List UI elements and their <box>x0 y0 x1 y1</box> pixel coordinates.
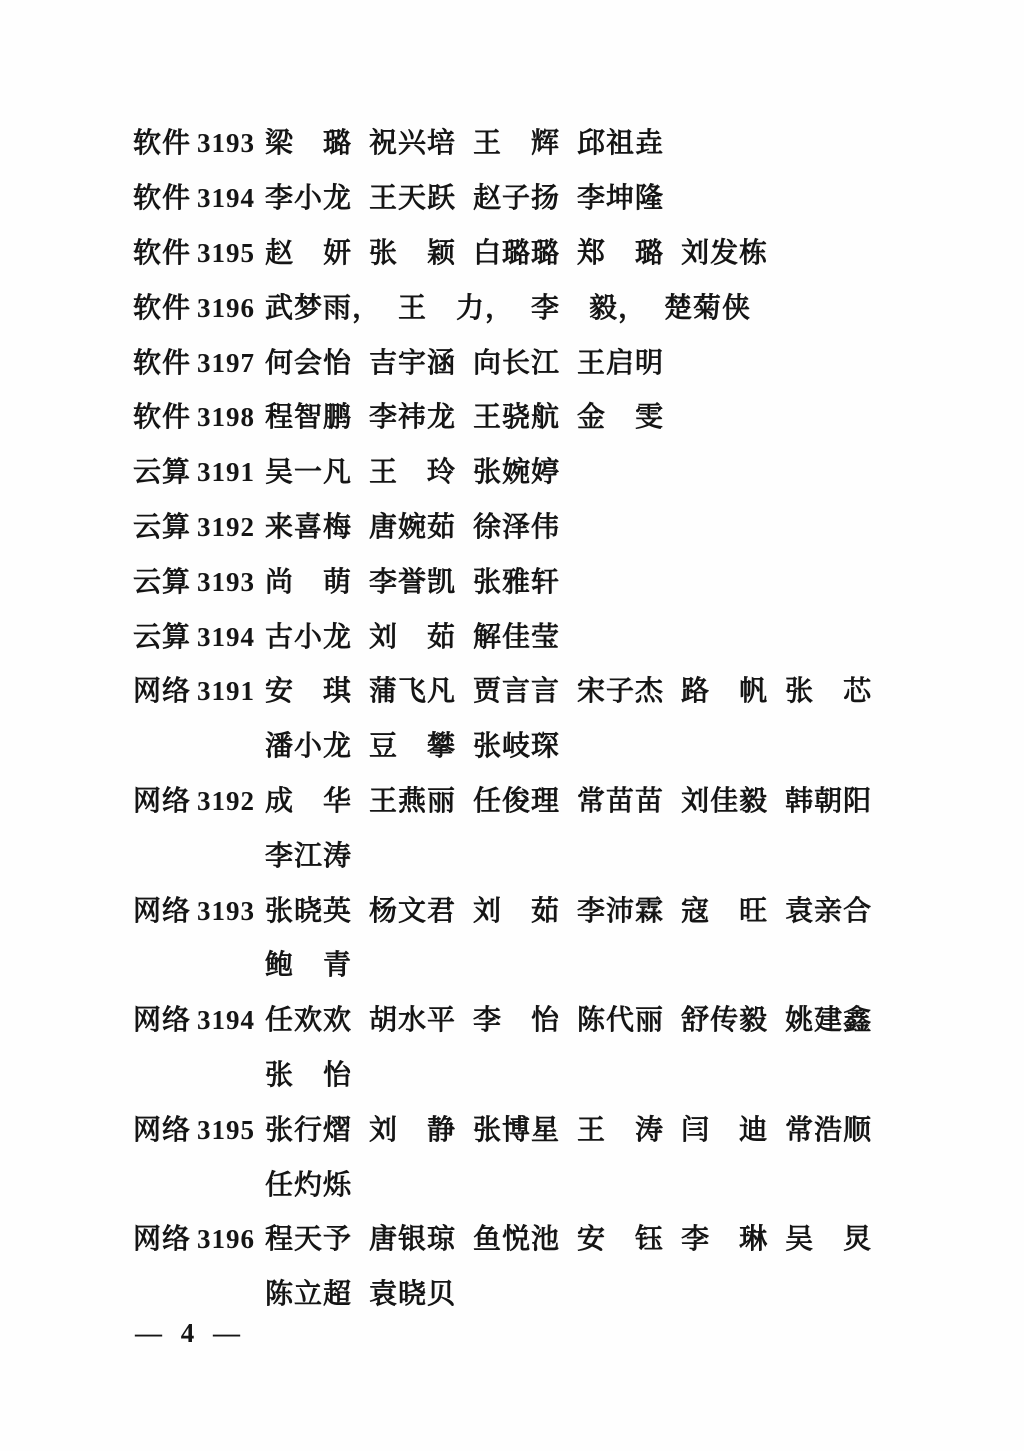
continuation-row: 李江涛 <box>133 826 984 881</box>
class-name: 软件 <box>133 183 191 214</box>
class-name: 云算 <box>133 567 191 598</box>
student-name: 刘 茹 <box>369 615 456 655</box>
class-name: 云算 <box>133 457 191 488</box>
student-name: 杨文君 <box>369 889 456 929</box>
class-name: 软件 <box>133 238 191 269</box>
student-name: 赵 妍 <box>265 231 352 271</box>
student-name: 潘小龙 <box>265 724 352 764</box>
student-name: 舒传毅 <box>681 998 768 1038</box>
class-label: 网络3191 <box>133 669 265 709</box>
student-name: 王 涛 <box>577 1108 664 1148</box>
class-label: 软件3195 <box>133 231 265 271</box>
class-row: 云算3192来喜梅唐婉茹徐泽伟 <box>133 498 984 553</box>
class-label: 软件3198 <box>133 395 265 435</box>
student-name: 白璐璐 <box>473 231 560 271</box>
class-row: 软件3197何会怡吉宇涵向长江王启明 <box>133 333 984 388</box>
student-name: 王启明 <box>577 341 664 381</box>
student-name: 成 华 <box>265 779 352 819</box>
footer-page-number: — 4 — <box>135 1318 246 1349</box>
student-name: 尚 萌 <box>265 560 352 600</box>
class-label: 云算3191 <box>133 450 265 490</box>
class-number: 3198 <box>197 402 255 432</box>
class-number: 3194 <box>197 622 255 652</box>
class-number: 3196 <box>197 293 255 323</box>
class-name: 云算 <box>133 622 191 653</box>
class-name: 软件 <box>133 128 191 159</box>
class-number: 3197 <box>197 348 255 378</box>
student-name: 王 玲 <box>369 450 456 490</box>
document-page: 软件3193梁 璐祝兴培王 辉邱祖垚软件3194李小龙王天跃赵子扬李坤隆软件31… <box>0 0 1024 1451</box>
roster: 软件3193梁 璐祝兴培王 辉邱祖垚软件3194李小龙王天跃赵子扬李坤隆软件31… <box>133 114 984 1320</box>
student-name: 楚菊侠 <box>664 286 751 326</box>
student-name: 王骁航 <box>473 395 560 435</box>
student-name: 常苗苗 <box>577 779 664 819</box>
student-name: 李小龙 <box>265 176 352 216</box>
class-number: 3192 <box>197 512 255 542</box>
class-label: 云算3192 <box>133 505 265 545</box>
student-name: 李 琳 <box>681 1217 768 1257</box>
student-name: 邱祖垚 <box>577 121 664 161</box>
student-name: 安 琪 <box>265 669 352 709</box>
student-name: 张 颖 <box>369 231 456 271</box>
student-name: 王燕丽 <box>369 779 456 819</box>
class-label: 软件3193 <box>133 121 265 161</box>
class-name: 软件 <box>133 348 191 379</box>
student-name: 任俊理 <box>473 779 560 819</box>
class-name: 软件 <box>133 293 191 324</box>
class-label: 软件3196 <box>133 286 265 326</box>
student-names: 陈立超袁晓贝 <box>265 1272 473 1312</box>
class-number: 3194 <box>197 183 255 213</box>
student-name: 程智鹏 <box>265 395 352 435</box>
student-name: 吴 炅 <box>785 1217 872 1257</box>
continuation-row: 陈立超袁晓贝 <box>133 1265 984 1320</box>
student-name: 安 钰 <box>577 1217 664 1257</box>
class-number: 3193 <box>197 567 255 597</box>
student-name: 武梦雨， <box>265 286 381 326</box>
class-name: 网络 <box>133 896 191 927</box>
student-name: 刘佳毅 <box>681 779 768 819</box>
continuation-row: 任灼烁 <box>133 1155 984 1210</box>
class-row: 网络3195张行熠刘 静张博星王 涛闫 迪常浩顺 <box>133 1100 984 1155</box>
student-names: 来喜梅唐婉茹徐泽伟 <box>265 505 577 545</box>
class-label: 软件3197 <box>133 341 265 381</box>
student-name: 袁晓贝 <box>369 1272 456 1312</box>
class-number: 3196 <box>197 1224 255 1254</box>
student-name: 古小龙 <box>265 615 352 655</box>
student-name: 宋子杰 <box>577 669 664 709</box>
class-row: 软件3193梁 璐祝兴培王 辉邱祖垚 <box>133 114 984 169</box>
continuation-row: 鲍 青 <box>133 936 984 991</box>
student-name: 常浩顺 <box>785 1108 872 1148</box>
student-names: 李小龙王天跃赵子扬李坤隆 <box>265 176 681 216</box>
student-names: 成 华王燕丽任俊理常苗苗刘佳毅韩朝阳 <box>265 779 889 819</box>
student-name: 刘 茹 <box>473 889 560 929</box>
student-name: 张博星 <box>473 1108 560 1148</box>
student-names: 任灼烁 <box>265 1163 369 1203</box>
student-name: 张雅轩 <box>473 560 560 600</box>
class-number: 3192 <box>197 786 255 816</box>
class-label: 云算3194 <box>133 615 265 655</box>
student-name: 刘发栋 <box>681 231 768 271</box>
student-name: 陈代丽 <box>577 998 664 1038</box>
continuation-row: 张 怡 <box>133 1046 984 1101</box>
student-names: 赵 妍张 颖白璐璐郑 璐刘发栋 <box>265 231 785 271</box>
student-name: 闫 迪 <box>681 1108 768 1148</box>
class-row: 软件3195赵 妍张 颖白璐璐郑 璐刘发栋 <box>133 224 984 279</box>
class-row: 软件3194李小龙王天跃赵子扬李坤隆 <box>133 169 984 224</box>
student-names: 鲍 青 <box>265 943 369 983</box>
class-row: 网络3191安 琪蒲飞凡贾言言宋子杰路 帆张 芯 <box>133 662 984 717</box>
class-name: 网络 <box>133 1115 191 1146</box>
class-row: 网络3193张晓英杨文君刘 茹李沛霖寇 旺袁亲合 <box>133 881 984 936</box>
class-label: 云算3193 <box>133 560 265 600</box>
class-row: 网络3196程天予唐银琼鱼悦池安 钰李 琳吴 炅 <box>133 1210 984 1265</box>
class-number: 3195 <box>197 238 255 268</box>
class-row: 网络3192成 华王燕丽任俊理常苗苗刘佳毅韩朝阳 <box>133 772 984 827</box>
class-number: 3191 <box>197 457 255 487</box>
student-name: 寇 旺 <box>681 889 768 929</box>
student-name: 李江涛 <box>265 834 352 874</box>
student-name: 王天跃 <box>369 176 456 216</box>
student-name: 李誉凯 <box>369 560 456 600</box>
student-name: 任欢欢 <box>265 998 352 1038</box>
class-label: 网络3194 <box>133 998 265 1038</box>
student-name: 贾言言 <box>473 669 560 709</box>
student-name: 唐婉茹 <box>369 505 456 545</box>
class-name: 云算 <box>133 512 191 543</box>
student-name: 王 力， <box>398 286 514 326</box>
class-number: 3195 <box>197 1115 255 1145</box>
student-name: 郑 璐 <box>577 231 664 271</box>
student-names: 程天予唐银琼鱼悦池安 钰李 琳吴 炅 <box>265 1217 889 1257</box>
student-name: 向长江 <box>473 341 560 381</box>
student-name: 张晓英 <box>265 889 352 929</box>
student-name: 吴一凡 <box>265 450 352 490</box>
class-label: 网络3196 <box>133 1217 265 1257</box>
student-name: 张行熠 <box>265 1108 352 1148</box>
student-names: 张行熠刘 静张博星王 涛闫 迪常浩顺 <box>265 1108 889 1148</box>
class-number: 3193 <box>197 896 255 926</box>
student-name: 刘 静 <box>369 1108 456 1148</box>
student-name: 程天予 <box>265 1217 352 1257</box>
student-name: 李祎龙 <box>369 395 456 435</box>
student-name: 李 怡 <box>473 998 560 1038</box>
class-number: 3193 <box>197 128 255 158</box>
student-names: 张晓英杨文君刘 茹李沛霖寇 旺袁亲合 <box>265 889 889 929</box>
class-name: 网络 <box>133 786 191 817</box>
student-names: 张 怡 <box>265 1053 369 1093</box>
class-label: 网络3192 <box>133 779 265 819</box>
student-name: 胡水平 <box>369 998 456 1038</box>
student-names: 潘小龙豆 攀张岐琛 <box>265 724 577 764</box>
student-name: 韩朝阳 <box>785 779 872 819</box>
student-names: 何会怡吉宇涵向长江王启明 <box>265 341 681 381</box>
student-name: 张 怡 <box>265 1053 352 1093</box>
student-name: 李坤隆 <box>577 176 664 216</box>
student-names: 尚 萌李誉凯张雅轩 <box>265 560 577 600</box>
student-name: 姚建鑫 <box>785 998 872 1038</box>
student-name: 来喜梅 <box>265 505 352 545</box>
student-name: 赵子扬 <box>473 176 560 216</box>
student-name: 鱼悦池 <box>473 1217 560 1257</box>
student-name: 梁 璐 <box>265 121 352 161</box>
class-row: 云算3191吴一凡王 玲张婉婷 <box>133 443 984 498</box>
student-name: 李 毅， <box>531 286 647 326</box>
class-name: 网络 <box>133 1005 191 1036</box>
class-row: 软件3198程智鹏李祎龙王骁航金 雯 <box>133 388 984 443</box>
class-name: 软件 <box>133 402 191 433</box>
student-name: 路 帆 <box>681 669 768 709</box>
student-name: 祝兴培 <box>369 121 456 161</box>
class-row: 网络3194任欢欢胡水平李 怡陈代丽舒传毅姚建鑫 <box>133 991 984 1046</box>
student-name: 张 芯 <box>785 669 872 709</box>
class-name: 网络 <box>133 1224 191 1255</box>
class-label: 网络3195 <box>133 1108 265 1148</box>
student-name: 徐泽伟 <box>473 505 560 545</box>
student-names: 任欢欢胡水平李 怡陈代丽舒传毅姚建鑫 <box>265 998 889 1038</box>
student-name: 解佳莹 <box>473 615 560 655</box>
student-name: 王 辉 <box>473 121 560 161</box>
student-names: 安 琪蒲飞凡贾言言宋子杰路 帆张 芯 <box>265 669 889 709</box>
student-name: 何会怡 <box>265 341 352 381</box>
student-names: 古小龙刘 茹解佳莹 <box>265 615 577 655</box>
student-name: 金 雯 <box>577 395 664 435</box>
student-names: 程智鹏李祎龙王骁航金 雯 <box>265 395 681 435</box>
student-name: 张岐琛 <box>473 724 560 764</box>
class-number: 3194 <box>197 1005 255 1035</box>
class-row: 云算3194古小龙刘 茹解佳莹 <box>133 607 984 662</box>
class-row: 云算3193尚 萌李誉凯张雅轩 <box>133 552 984 607</box>
student-name: 任灼烁 <box>265 1163 352 1203</box>
student-name: 吉宇涵 <box>369 341 456 381</box>
continuation-row: 潘小龙豆 攀张岐琛 <box>133 717 984 772</box>
student-name: 李沛霖 <box>577 889 664 929</box>
student-names: 李江涛 <box>265 834 369 874</box>
student-name: 袁亲合 <box>785 889 872 929</box>
student-name: 豆 攀 <box>369 724 456 764</box>
student-names: 吴一凡王 玲张婉婷 <box>265 450 577 490</box>
class-row: 软件3196武梦雨，王 力，李 毅，楚菊侠 <box>133 278 984 333</box>
class-number: 3191 <box>197 676 255 706</box>
class-label: 网络3193 <box>133 889 265 929</box>
student-name: 张婉婷 <box>473 450 560 490</box>
student-names: 武梦雨，王 力，李 毅，楚菊侠 <box>265 286 768 326</box>
class-name: 网络 <box>133 676 191 707</box>
student-names: 梁 璐祝兴培王 辉邱祖垚 <box>265 121 681 161</box>
class-label: 软件3194 <box>133 176 265 216</box>
student-name: 蒲飞凡 <box>369 669 456 709</box>
student-name: 陈立超 <box>265 1272 352 1312</box>
student-name: 唐银琼 <box>369 1217 456 1257</box>
student-name: 鲍 青 <box>265 943 352 983</box>
